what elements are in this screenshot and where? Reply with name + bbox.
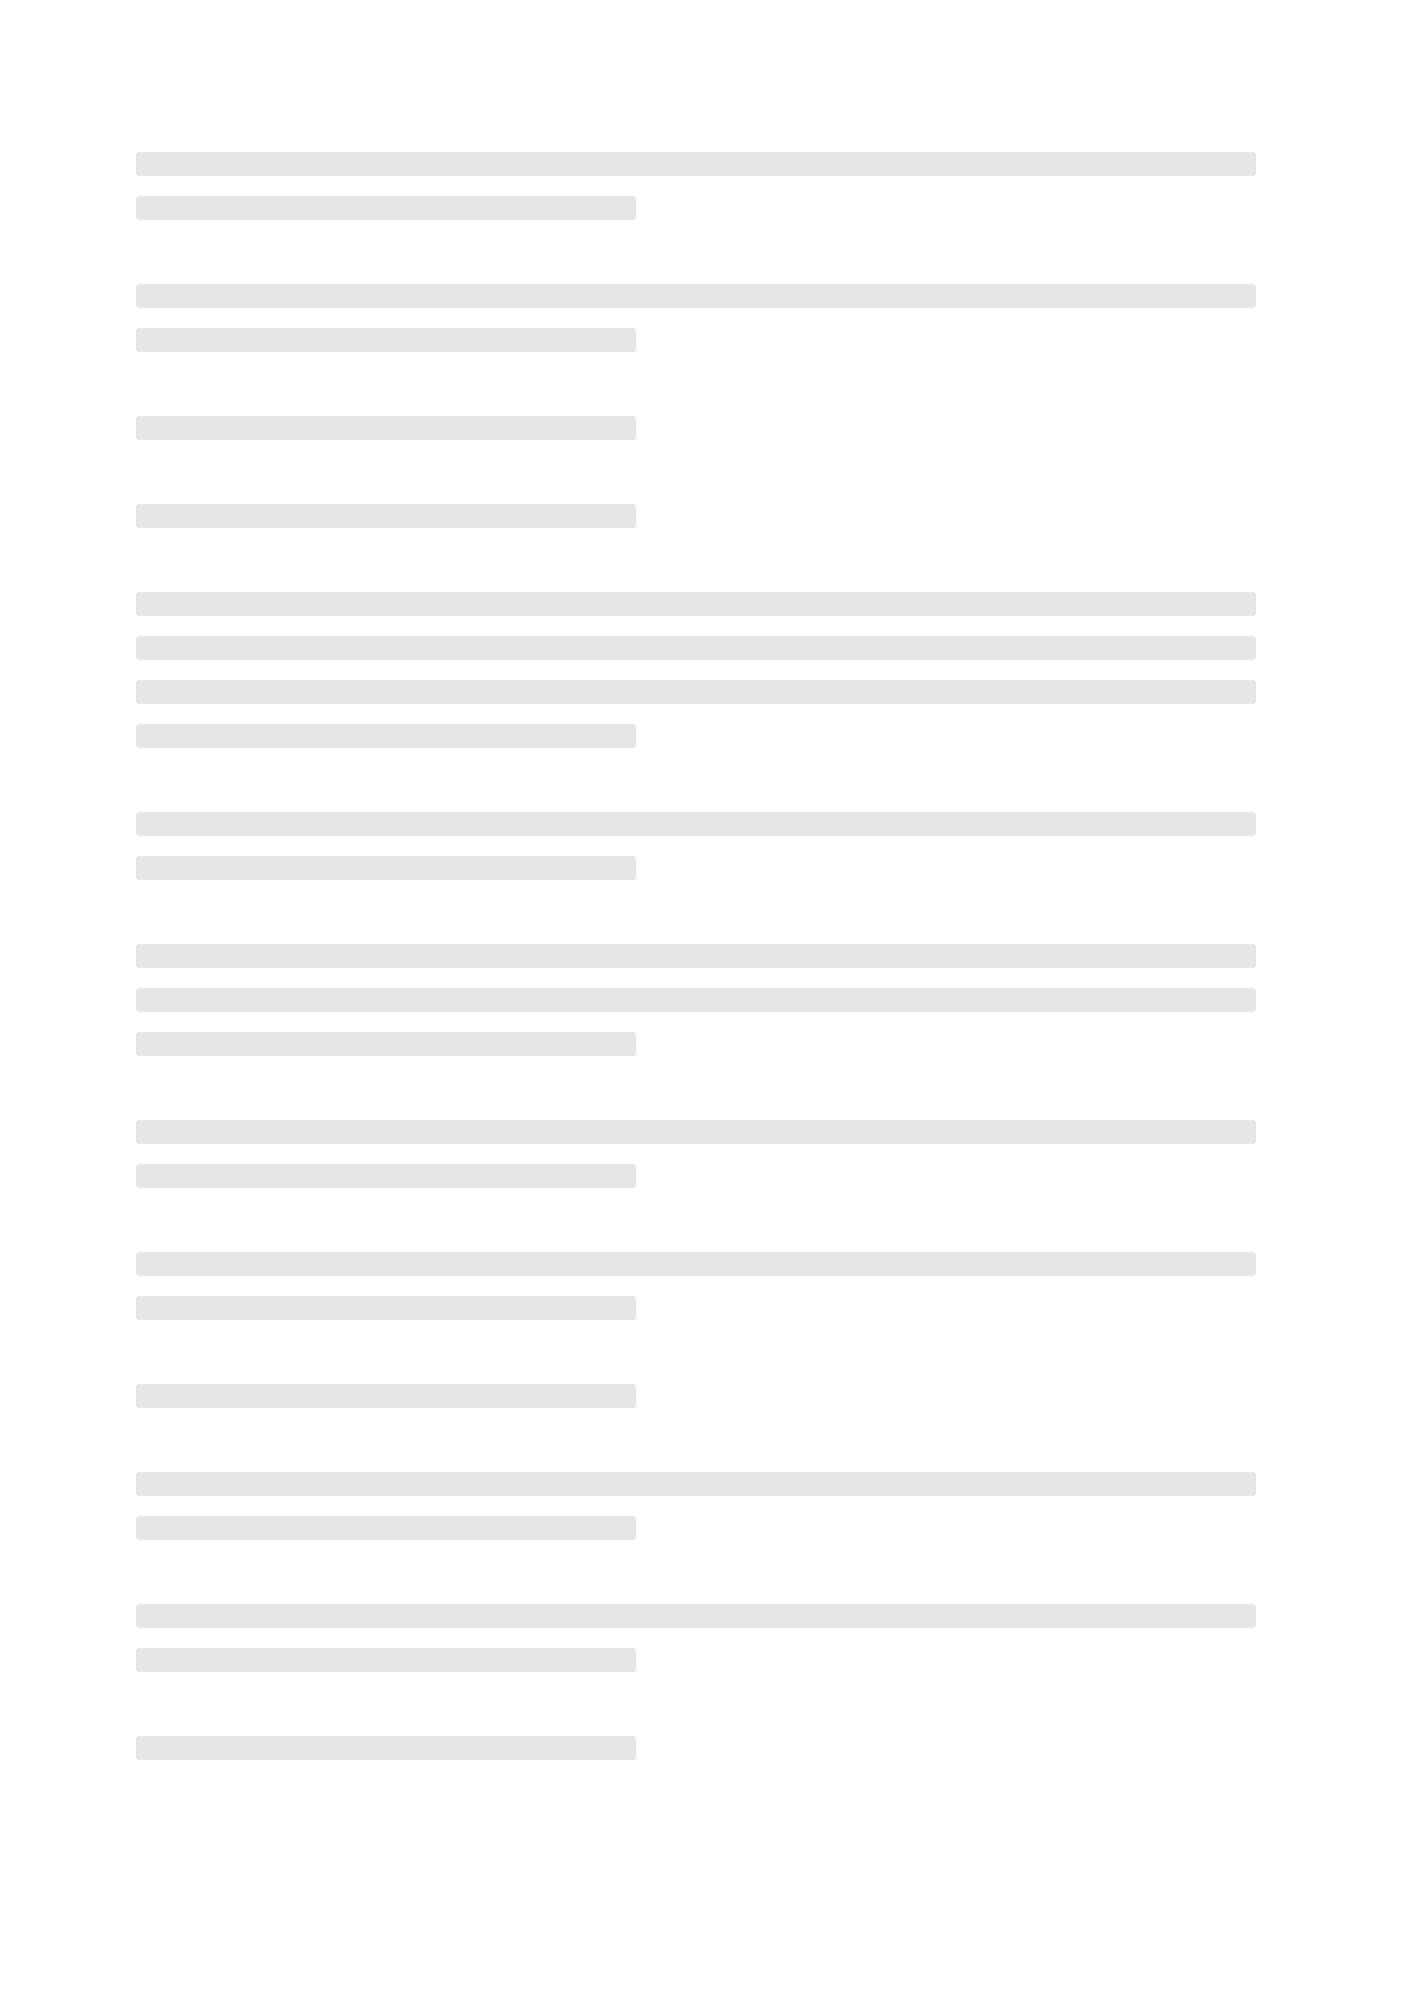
dialogue-line <box>136 1592 1286 1636</box>
dialogue-line <box>136 316 1286 360</box>
para-line <box>136 668 1286 712</box>
dialogue-line <box>136 1636 1286 1680</box>
para-line <box>136 1504 1286 1548</box>
dialogue-line <box>136 1724 1286 1768</box>
para-line <box>136 580 1286 624</box>
para-line <box>136 1460 1286 1504</box>
dialogue-line <box>136 800 1286 844</box>
document-page <box>136 140 1286 1768</box>
para-line <box>136 976 1286 1020</box>
dialogue-line <box>136 844 1286 888</box>
dialogue-line <box>136 404 1286 448</box>
dialogue-line <box>136 1284 1286 1328</box>
dialogue-line <box>136 1240 1286 1284</box>
dialogue-line <box>136 272 1286 316</box>
dialogue-line <box>136 492 1286 536</box>
dialogue-line <box>136 1372 1286 1416</box>
para-line <box>136 932 1286 976</box>
para-line <box>136 712 1286 756</box>
para-line <box>136 1020 1286 1064</box>
dialogue-line <box>136 1108 1286 1152</box>
para-line <box>136 184 1286 228</box>
para-line <box>136 140 1286 184</box>
dialogue-line <box>136 1152 1286 1196</box>
para-line <box>136 624 1286 668</box>
